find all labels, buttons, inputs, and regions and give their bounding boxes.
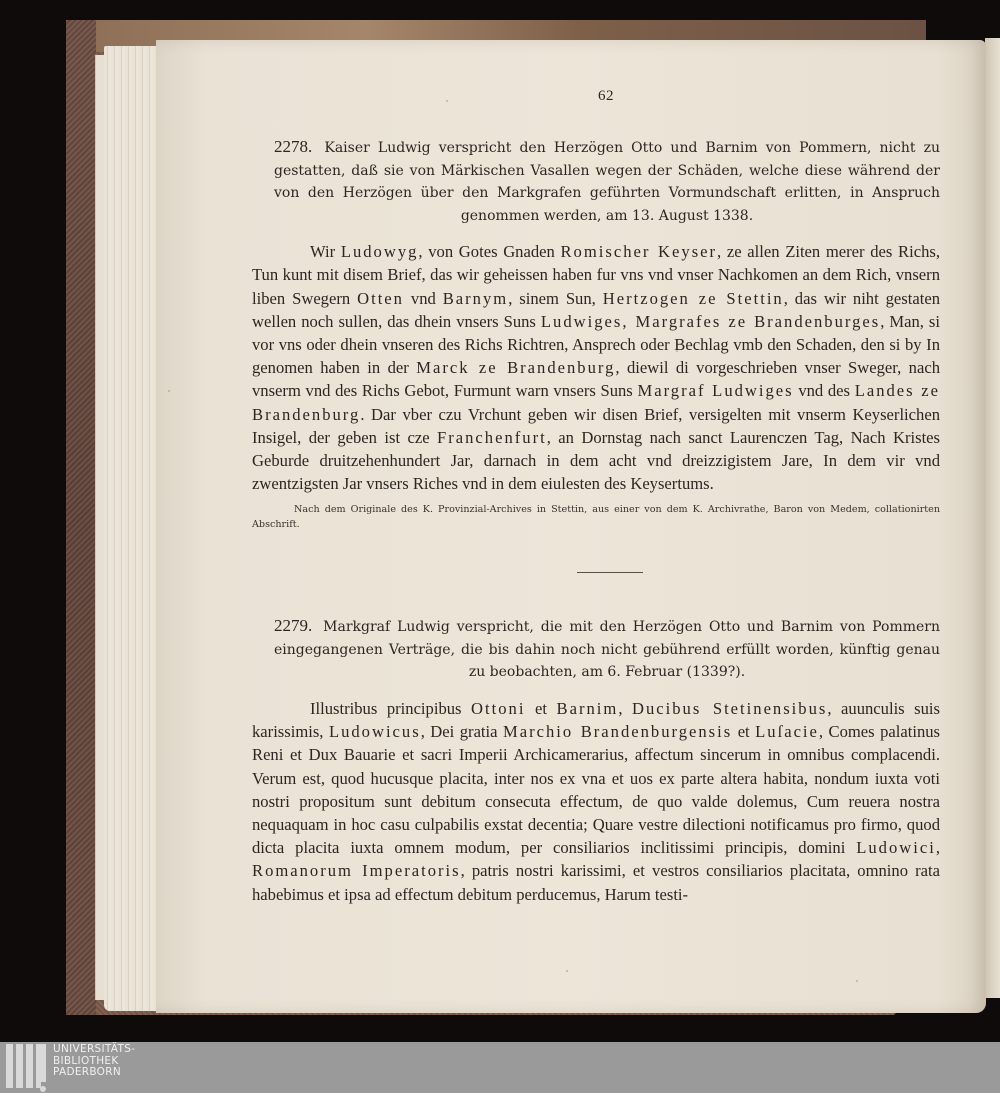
page-content: 62 2278. Kaiser Ludwig verspricht den He…: [272, 85, 940, 906]
document-body-2278: Wir Ludowyg, von Gotes Gnaden Romischer …: [252, 240, 940, 495]
document-heading-text: Kaiser Ludwig verspricht den Herzögen Ot…: [274, 140, 940, 224]
spaced-name: Otten: [357, 289, 404, 308]
next-page-edge: [985, 38, 1000, 998]
spaced-name: Luſacie: [755, 722, 819, 741]
body-text: ,: [936, 838, 940, 857]
spaced-name: Ludowici: [856, 838, 936, 857]
body-text: vnd: [404, 289, 443, 308]
library-name: UNIVERSITÄTS- BIBLIOTHEK PADERBORN: [53, 1044, 135, 1079]
spaced-name: Marck ze Brandenburg: [416, 358, 615, 377]
body-text: , sinem Sun,: [508, 289, 603, 308]
body-text: Illustribus principibus: [310, 699, 471, 718]
spaced-name: Ottoni: [471, 699, 525, 718]
body-text: , von Gotes Gnaden: [418, 242, 560, 261]
body-text: , Comes palatinus Reni et Dux Bauarie et…: [252, 722, 940, 857]
spaced-name: Hertzogen ze Stettin: [603, 289, 784, 308]
body-text: vnd des: [794, 381, 855, 400]
page-number: 62: [272, 85, 940, 108]
spaced-name: Ludwiges, Margrafes ze Brandenburges: [541, 312, 880, 331]
body-text: , Dei gratia: [421, 722, 503, 741]
spaced-name: Ducibus Stetinensibus: [632, 699, 827, 718]
document-body-2279: Illustribus principibus Ottoni et Barnim…: [252, 697, 940, 906]
spaced-name: Romischer Keyser: [560, 242, 717, 261]
library-name-line: UNIVERSITÄTS-: [53, 1044, 135, 1056]
spaced-name: Barnim: [557, 699, 619, 718]
spaced-name: Marchio Brandenburgensis: [503, 722, 732, 741]
spaced-name: Ludowyg: [341, 242, 419, 261]
document-heading-text: Markgraf Ludwig verspricht, die mit den …: [274, 619, 940, 680]
body-text: et: [525, 699, 556, 718]
document-heading-2278: 2278. Kaiser Ludwig verspricht den Herzö…: [272, 136, 940, 227]
body-text: ,: [618, 699, 632, 718]
spaced-name: Franchenfurt: [437, 428, 547, 447]
document-number: 2278.: [274, 137, 312, 156]
spaced-name: Barnym: [443, 289, 508, 308]
spaced-name: Romanorum Imperatoris: [252, 861, 461, 880]
page-stack-edges: [104, 46, 160, 1011]
section-divider: [577, 572, 643, 573]
document-number: 2279.: [274, 616, 312, 635]
book-cover-spine-edge: [66, 20, 96, 1015]
library-name-line: PADERBORN: [53, 1067, 135, 1079]
spaced-name: Ludowicus: [329, 722, 421, 741]
body-text: Wir: [310, 242, 341, 261]
spaced-name: Margraf Ludwiges: [637, 381, 793, 400]
source-note: Nach dem Originale des K. Provinzial-Arc…: [252, 502, 940, 532]
body-text: et: [732, 722, 755, 741]
document-heading-2279: 2279. Markgraf Ludwig verspricht, die mi…: [272, 615, 940, 684]
